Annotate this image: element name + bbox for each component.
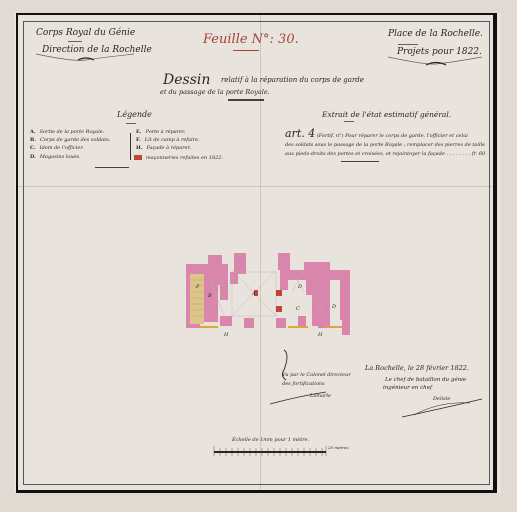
- room-label-d1: D: [297, 284, 302, 290]
- scale-end-label: 20 mètres.: [328, 445, 350, 450]
- extract-title-underline: [344, 121, 354, 122]
- scale-label: Échelle de 1mm pour 1 mètre.: [232, 437, 309, 443]
- east-walls: [278, 253, 350, 335]
- flourish-right: [386, 55, 486, 69]
- legend-title: Légende: [117, 110, 152, 119]
- legend-item-b: B.Corps de garde des soldats.: [30, 137, 110, 143]
- floor-plan: A B C D D F H H: [180, 250, 350, 340]
- header-right-divider: [398, 44, 418, 45]
- header-divider: [68, 41, 82, 42]
- legend-bottom-rule: [95, 167, 129, 168]
- title-rest: relatif à la réparation du corps de gard…: [221, 76, 364, 84]
- sheet-number-underline: [233, 50, 259, 51]
- extract-text-1: Pour réparer le corps de garde, l'offici…: [345, 133, 468, 139]
- room-label-b: B: [207, 293, 212, 299]
- date-line: La Rochelle, le 28 février 1822.: [365, 364, 469, 372]
- room-label-h1: H: [223, 332, 229, 338]
- room-label-h2: H: [317, 332, 323, 338]
- legend-separator: [130, 133, 131, 160]
- article-number: art. 4: [285, 127, 315, 140]
- chef-flourish: [400, 395, 485, 420]
- title-line2: et du passage de la porte Royale.: [160, 88, 270, 96]
- article-sub: (Fortif. n°): [317, 133, 344, 139]
- header-corps: Corps Royal du Génie: [36, 28, 135, 38]
- legend-item-masonry: maçonneries refaites en 1822.: [134, 155, 223, 161]
- flourish-left: [34, 52, 139, 64]
- legend-title-underline: [126, 123, 136, 124]
- legend-item-c: C.Idem de l'officier.: [30, 145, 84, 151]
- masonry-swatch: [134, 155, 142, 160]
- sheet-number: Feuille N°: 30.: [203, 32, 299, 47]
- center-left-tower: [230, 253, 246, 284]
- chef-line2: ingénieur en chef: [383, 385, 432, 391]
- room-label-a: A: [251, 291, 256, 297]
- legend-item-h: H.Façade à réparer.: [136, 145, 191, 151]
- room-label-c: C: [296, 306, 300, 312]
- extract-line3: aux pieds-droits des portes et croisées,…: [285, 150, 485, 159]
- extract-title: Extrait de l'état estimatif général.: [322, 110, 451, 119]
- chef-line1: Le chef de bataillon du génie: [385, 377, 466, 383]
- room-label-f: F: [195, 284, 200, 290]
- legend-item-f: F.Lit de camp à refaire.: [136, 137, 200, 143]
- header-place: Place de la Rochelle.: [388, 29, 483, 39]
- vu-line1: Vu par le Colonel directeur: [282, 372, 351, 378]
- vu-line2: des fortifications: [282, 381, 325, 387]
- legend-item-d: D.Magasins loués.: [30, 154, 81, 160]
- legend-item-e: E.Porte à réparer.: [136, 129, 186, 135]
- room-label-d2: D: [331, 304, 336, 310]
- extract-line1: art. 4 (Fortif. n°) Pour réparer le corp…: [285, 129, 485, 141]
- title-dessin: Dessin: [163, 72, 210, 88]
- extract-body: art. 4 (Fortif. n°) Pour réparer le corp…: [285, 129, 485, 159]
- extract-text-3: aux pieds-droits des portes et croisées,…: [285, 151, 470, 157]
- extract-bottom-rule: [341, 161, 379, 162]
- vu-signature: Lamarle: [310, 393, 331, 399]
- title-underline: [228, 99, 264, 101]
- legend-item-a: A.Sortie de la porte Royale.: [30, 129, 104, 135]
- extract-amount: fr. 60: [472, 151, 485, 157]
- scale-bar: [214, 451, 326, 453]
- camp-bed-f: [190, 274, 204, 324]
- extract-line2: des soldats sous le passage de la porte …: [285, 141, 485, 150]
